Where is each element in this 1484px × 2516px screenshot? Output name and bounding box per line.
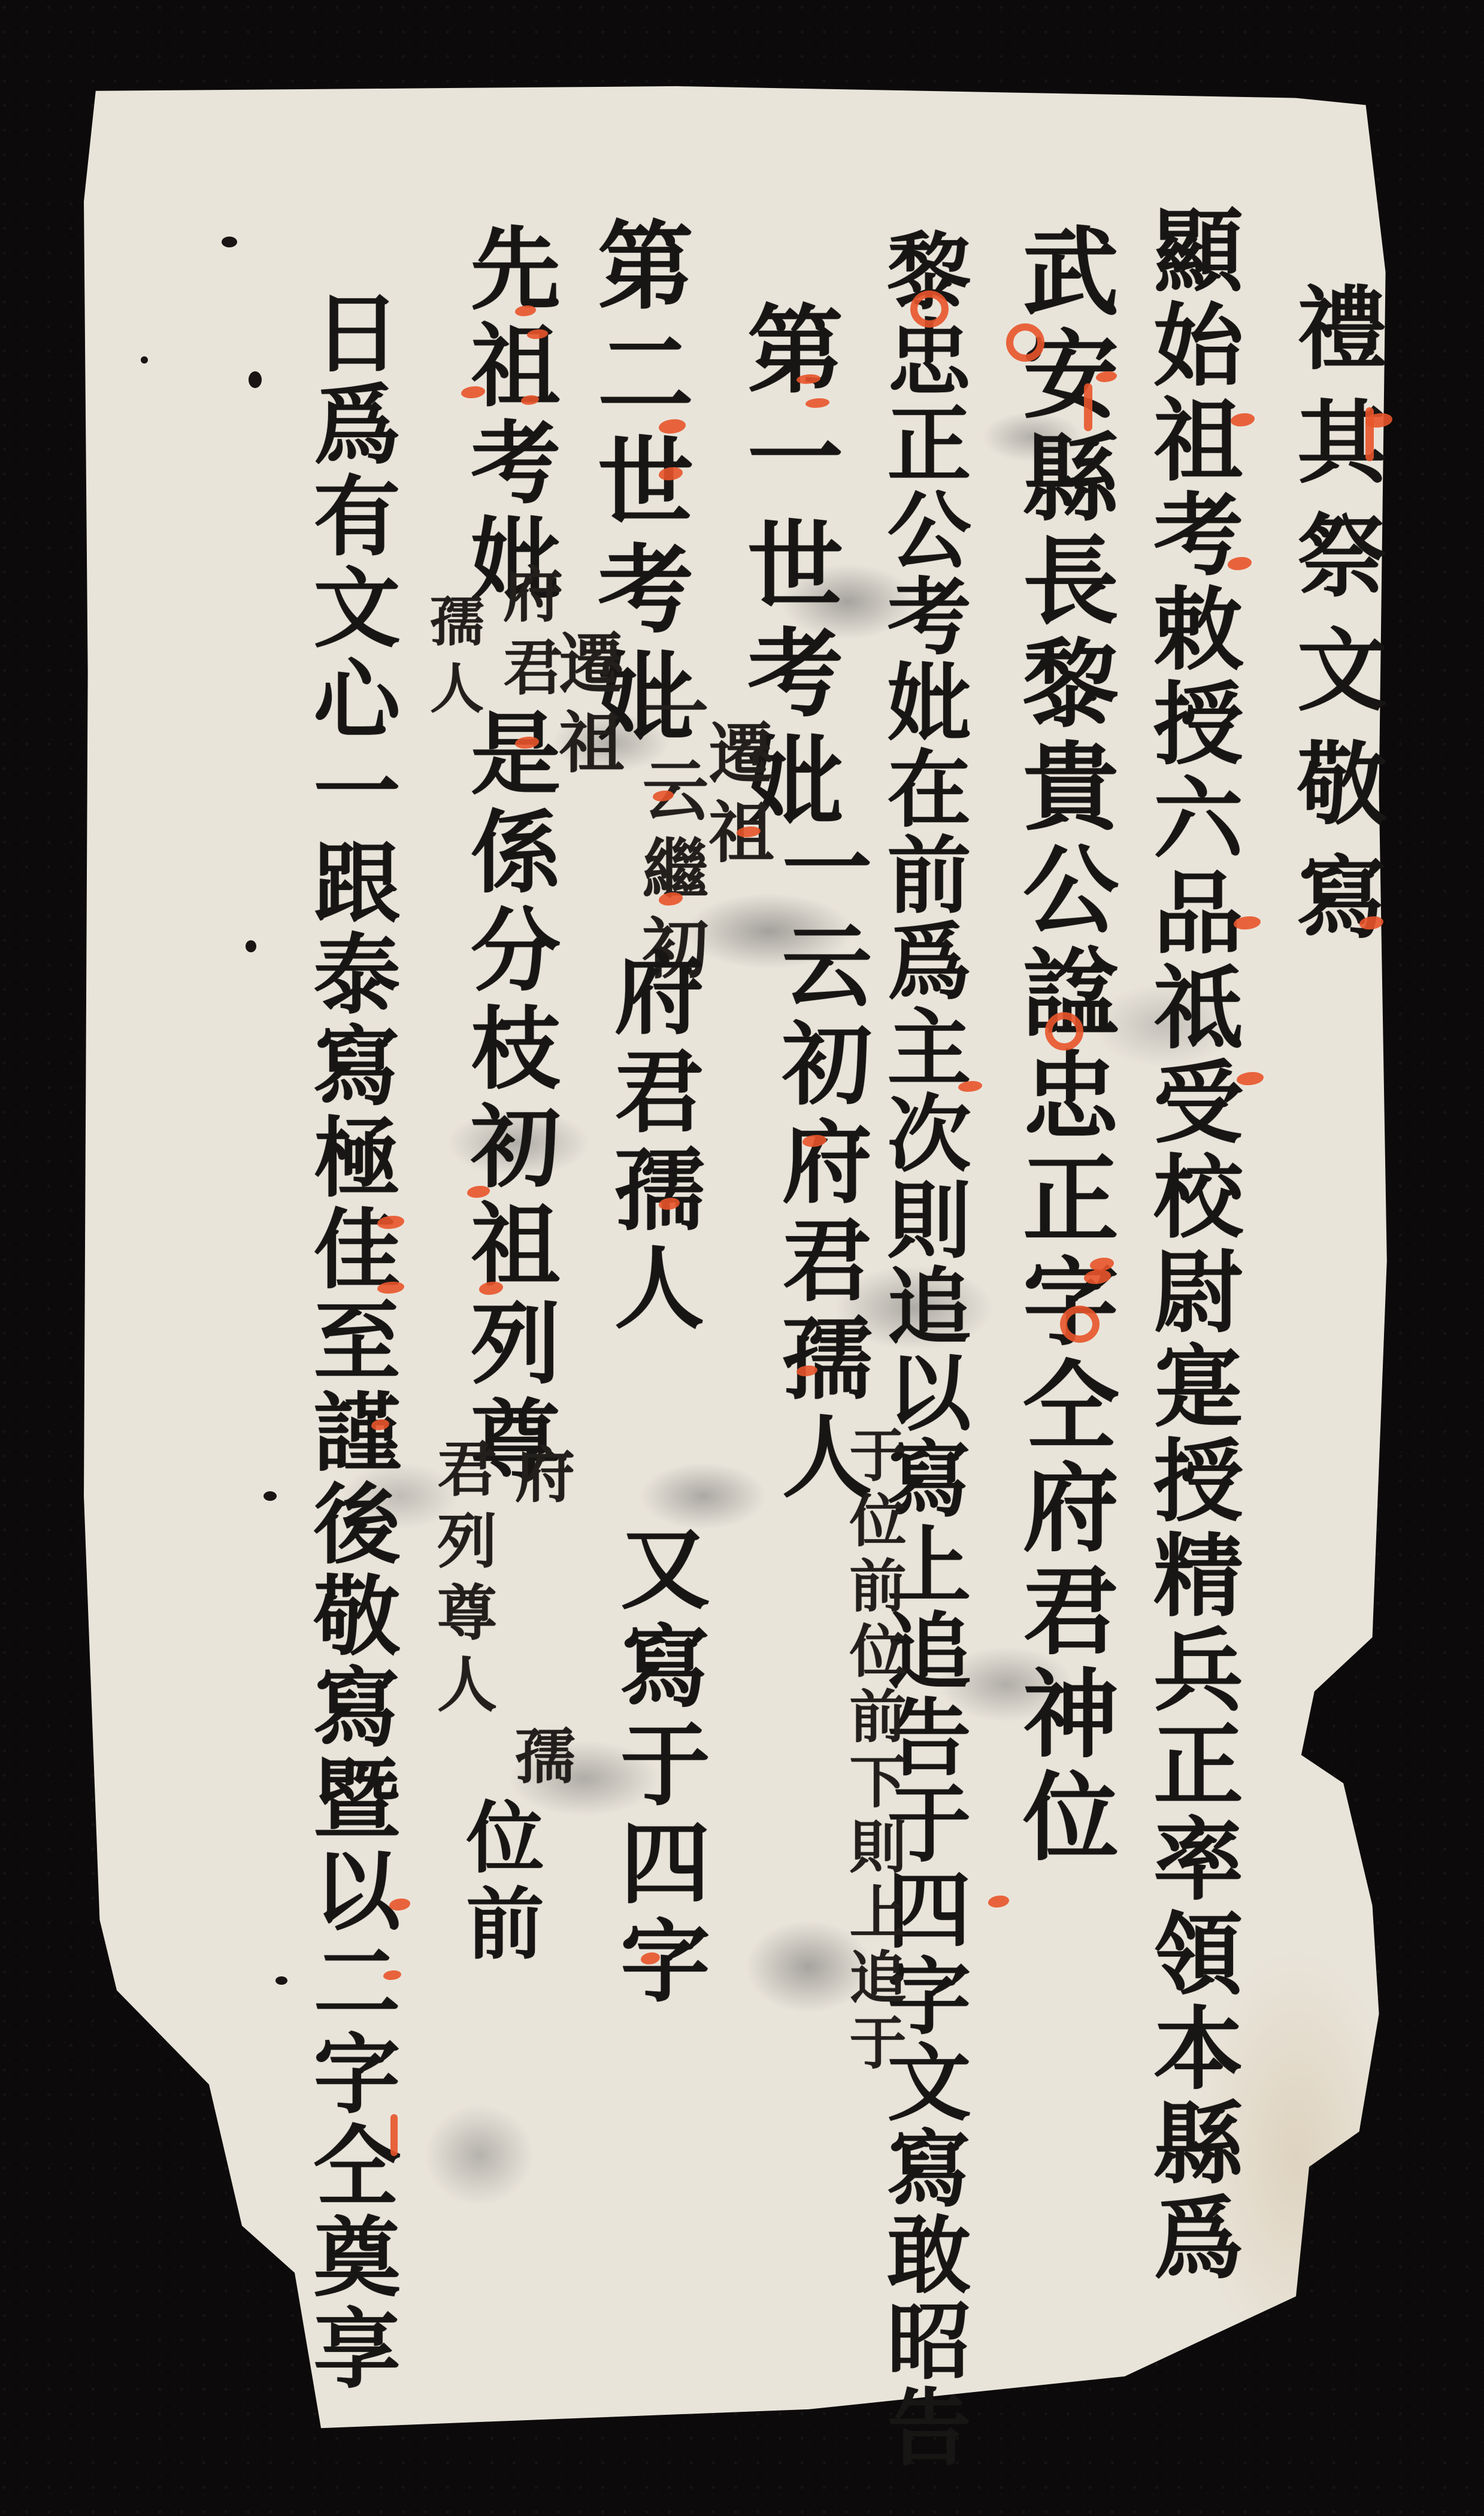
wormhole [249, 371, 262, 388]
red-mark [1365, 407, 1374, 461]
text-column-7-note-d: 府 [497, 1443, 583, 1516]
text-column-6-addendum: 又寫于四字 [593, 1521, 722, 2012]
wormhole [264, 1491, 277, 1501]
text-column-7-mid: 是係分枝初祖列尊 [443, 707, 573, 1492]
text-column-6-note2: 一云繼初 [623, 677, 717, 993]
text-column-7-bottom: 位前 [443, 1797, 555, 1969]
red-circle-mark [910, 290, 949, 328]
wormhole [275, 1976, 287, 1985]
red-circle-mark [1060, 1306, 1100, 1343]
wormhole [141, 356, 148, 364]
red-circle-mark [1045, 1012, 1083, 1050]
text-column-8: 日爲有文心一跟泰寫極佳至謹後敬寫暨以二字仝奠享 [287, 287, 412, 2395]
text-column-7-note-c: 君列尊人 [419, 1437, 505, 1725]
text-column-6-bottom: 府君孺人 [587, 946, 716, 1339]
wormhole [246, 940, 256, 952]
text-column-7-top: 先祖考妣 [443, 222, 573, 610]
title-column: 禮其祭文敬寫 [1270, 281, 1399, 964]
red-mark [1084, 383, 1092, 431]
wormhole [222, 237, 237, 247]
text-column-4-annotation: 于位前位前下則上追于 [832, 1425, 914, 2078]
text-column-2: 顯始祖考敕授六品祗受校尉寔授精兵正率領本縣爲 [1126, 204, 1255, 2285]
text-column-7-note-e: 孺 [497, 1725, 583, 1798]
text-column-7-note-b: 府君 [485, 563, 571, 709]
red-mark [390, 2114, 398, 2156]
red-circle-mark [1006, 323, 1044, 362]
text-column-5-bottom: 一云初府君孺人 [755, 820, 884, 1508]
